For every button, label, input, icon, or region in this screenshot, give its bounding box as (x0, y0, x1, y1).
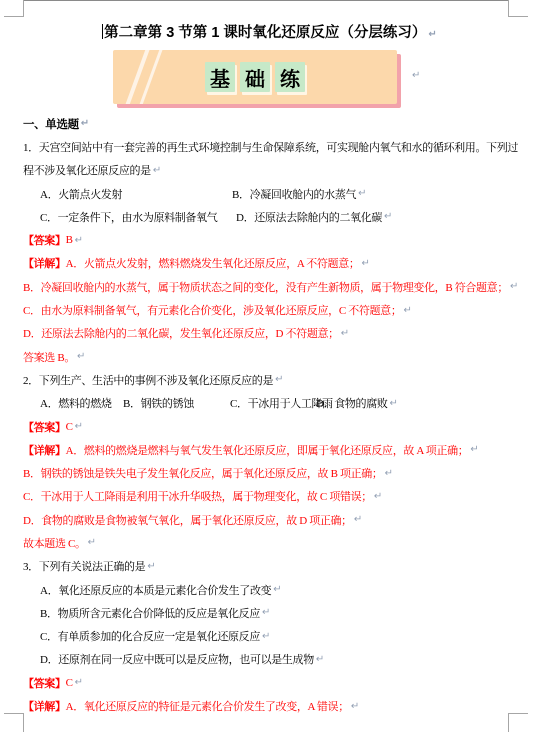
question-2-options: A．燃料的燃烧B．钢铁的锈蚀C．干冰用于人工降雨D．食物的腐败↵ (23, 392, 515, 415)
paragraph-mark: ↵ (390, 398, 398, 409)
page-top-edge (23, 0, 508, 1)
question-3-explanation-a: 【详解】A．氧化还原反应的特征是元素化合价发生了改变，A 错误；↵ (23, 694, 515, 717)
paragraph-mark: ↵ (273, 584, 281, 595)
option-d: D．还原法去除舱内的二氧化碳 (236, 209, 382, 225)
question-1-explanation-a: 【详解】A．火箭点火发射，燃料燃烧发生氧化还原反应，A 不符题意；↵ (23, 252, 515, 275)
question-2-stem: 2．下列生产、生活中的事例不涉及氧化还原反应的是↵ (23, 368, 515, 391)
paragraph-mark: ↵ (341, 328, 349, 339)
paragraph-mark: ↵ (262, 631, 270, 642)
answer-value: C (66, 677, 73, 689)
explain-label: 【详解】 (23, 698, 66, 714)
paragraph-mark: ↵ (75, 421, 83, 432)
question-1-explanation-b: B．冷凝回收舱内的水蒸气，属于物质状态之间的变化，没有产生新物质，属于物理变化，… (23, 275, 515, 298)
banner-tile: 础 (240, 62, 270, 92)
paragraph-mark: ↵ (374, 491, 382, 502)
option-c: C．一定条件下，由水为原料制备氧气 (40, 209, 236, 225)
paragraph-mark: ↵ (385, 468, 393, 479)
paragraph-mark: ↵ (351, 701, 359, 712)
banner-tiles: 基 础 练 (113, 50, 397, 104)
banner-tile: 基 (205, 62, 235, 92)
question-1-options-cd: C．一定条件下，由水为原料制备氧气D．还原法去除舱内的二氧化碳↵ (23, 205, 515, 228)
paragraph-mark: ↵ (147, 561, 155, 572)
question-1-options-ab: A．火箭点火发射B．冷凝回收舱内的水蒸气↵ (23, 182, 515, 205)
explain-label: 【详解】 (23, 255, 66, 271)
question-3-stem: 3．下列有关说法正确的是↵ (23, 555, 515, 578)
answer-label: 【答案】 (23, 675, 66, 691)
question-3-option-b: B．物质所含元素化合价降低的反应是氧化反应↵ (23, 601, 515, 624)
question-2-explanation-d: D．食物的腐败是食物被氧气氧化，属于氧化还原反应，故 D 项正确；↵ (23, 508, 515, 531)
question-2-explanation-c: C．干冰用于人工降雨是利用干冰升华吸热，属于物理变化，故 C 项错误；↵ (23, 485, 515, 508)
paragraph-mark: ↵ (275, 374, 283, 385)
question-2-answer: 【答案】C↵ (23, 415, 515, 438)
question-1-explanation-d: D．还原法去除舱内的二氧化碳，发生氧化还原反应，D 不符题意；↵ (23, 322, 515, 345)
banner-tile: 练 (275, 62, 305, 92)
paragraph-mark: ↵ (428, 29, 436, 40)
option-b: B．冷凝回收舱内的水蒸气 (232, 186, 356, 202)
basic-practice-banner: 基 础 练 (113, 50, 397, 104)
page-title: 第二章第 3 节第 1 课时氧化还原反应（分层练习） (104, 25, 426, 41)
question-1-answer: 【答案】B↵ (23, 228, 515, 251)
paragraph-mark: ↵ (75, 677, 83, 688)
paragraph-mark: ↵ (470, 444, 478, 455)
explain-label: 【详解】 (23, 442, 66, 458)
answer-value: C (66, 421, 73, 433)
section-heading: 一、单选题↵ (23, 112, 515, 135)
paragraph-mark: ↵ (88, 537, 96, 548)
crop-mark-bottom-left (4, 713, 24, 732)
paragraph-mark: ↵ (354, 514, 362, 525)
answer-value: B (66, 234, 73, 246)
paragraph-mark: ↵ (75, 235, 83, 246)
paragraph-mark: ↵ (510, 281, 518, 292)
paragraph-mark: ↵ (77, 351, 85, 362)
question-1-stem-line2: 程不涉及氧化还原反应的是↵ (23, 159, 515, 182)
crop-mark-top-right (508, 0, 528, 17)
option-d: D．食物的腐败 (316, 395, 388, 411)
question-3-option-a: A．氧化还原反应的本质是元素化合价发生了改变↵ (23, 578, 515, 601)
paragraph-mark: ↵ (316, 654, 324, 665)
paragraph-mark: ↵ (384, 211, 392, 222)
question-1-stem-line1: 1．天宫空间站中有一套完善的再生式环境控制与生命保障系统，可实现舱内氧气和水的循… (23, 135, 515, 158)
question-2-explanation-b: B．钢铁的锈蚀是铁失电子发生氧化反应，属于氧化还原反应，故 B 项正确；↵ (23, 461, 515, 484)
paragraph-mark: ↵ (153, 165, 161, 176)
paragraph-mark: ↵ (362, 258, 370, 269)
paragraph-mark: ↵ (358, 188, 366, 199)
paragraph-mark: ↵ (81, 118, 89, 129)
question-2-explanation-a: 【详解】A．燃料的燃烧是燃料与氧气发生氧化还原反应，即属于氧化还原反应，故 A … (23, 438, 515, 461)
answer-label: 【答案】 (23, 419, 66, 435)
question-2-conclusion: 故本题选 C。↵ (23, 531, 515, 554)
question-1-conclusion: 答案选 B。↵ (23, 345, 515, 368)
question-3-option-d: D．还原剂在同一反应中既可以是反应物，也可以是生成物↵ (23, 648, 515, 671)
option-c: C．干冰用于人工降雨 (230, 395, 316, 411)
paragraph-mark: ↵ (262, 607, 270, 618)
crop-mark-top-left (4, 0, 24, 17)
document-body: 一、单选题↵ 1．天宫空间站中有一套完善的再生式环境控制与生命保障系统，可实现舱… (23, 112, 515, 718)
answer-label: 【答案】 (23, 232, 66, 248)
option-a: A．燃料的燃烧 (40, 395, 123, 411)
question-3-option-c: C．有单质参加的化合反应一定是氧化还原反应↵ (23, 625, 515, 648)
question-3-answer: 【答案】C↵ (23, 671, 515, 694)
option-b: B．钢铁的锈蚀 (123, 395, 230, 411)
paragraph-mark: ↵ (403, 305, 411, 316)
question-1-explanation-c: C．由水为原料制备氧气，有元素化合价变化，涉及氧化还原反应，C 不符题意；↵ (23, 298, 515, 321)
paragraph-mark: ↵ (412, 70, 420, 81)
option-a: A．火箭点火发射 (40, 186, 232, 202)
document-title-line: 第二章第 3 节第 1 课时氧化还原反应（分层练习）↵ (0, 24, 539, 44)
